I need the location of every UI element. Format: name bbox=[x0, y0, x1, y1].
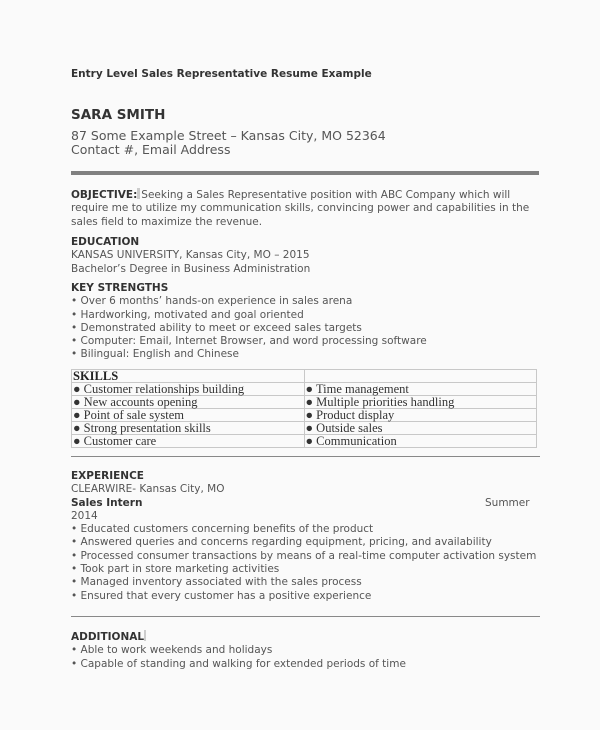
objective-label: OBJECTIVE: bbox=[71, 189, 137, 201]
table-row: ● New accounts opening ● Multiple priori… bbox=[72, 396, 537, 409]
table-cell: ● New accounts opening bbox=[72, 396, 305, 409]
table-row: ● Point of sale system ● Product display bbox=[72, 409, 537, 422]
section-divider bbox=[71, 616, 540, 617]
table-cell: ● Multiple priorities handling bbox=[304, 396, 537, 409]
education-school: KANSAS UNIVERSITY, Kansas City, MO – 201… bbox=[71, 249, 541, 262]
page-title: Entry Level Sales Representative Resume … bbox=[71, 68, 372, 80]
table-cell: ● Time management bbox=[304, 383, 537, 396]
table-cell: ● Point of sale system bbox=[72, 409, 305, 422]
table-cell: ● Outside sales bbox=[304, 422, 537, 435]
table-cell: ● Customer care bbox=[72, 435, 305, 448]
list-item: • Demonstrated ability to meet or exceed… bbox=[71, 322, 541, 335]
table-cell: ● Customer relationships building bbox=[72, 383, 305, 396]
table-row: SKILLS bbox=[72, 370, 537, 383]
list-item: • Processed consumer transactions by mea… bbox=[71, 550, 541, 563]
text-cursor bbox=[144, 630, 146, 641]
list-item: • Hardworking, motivated and goal orient… bbox=[71, 309, 541, 322]
key-strengths-heading: KEY STRENGTHS bbox=[71, 282, 541, 295]
list-item: • Computer: Email, Internet Browser, and… bbox=[71, 335, 541, 348]
list-item: • Took part in store marketing activitie… bbox=[71, 563, 541, 576]
list-item: • Educated customers concerning benefits… bbox=[71, 523, 541, 536]
candidate-name: SARA SMITH bbox=[71, 107, 165, 123]
education-section: EDUCATION KANSAS UNIVERSITY, Kansas City… bbox=[71, 236, 541, 276]
key-strengths-section: KEY STRENGTHS • Over 6 months’ hands-on … bbox=[71, 282, 541, 362]
list-item: • Managed inventory associated with the … bbox=[71, 576, 541, 589]
section-divider bbox=[71, 456, 540, 457]
additional-section: ADDITIONAL • Able to work weekends and h… bbox=[71, 630, 541, 671]
text-cursor-highlight bbox=[137, 188, 140, 199]
table-cell bbox=[304, 370, 537, 383]
skills-heading: SKILLS bbox=[72, 370, 305, 383]
contact-info: Contact #, Email Address bbox=[71, 143, 386, 157]
list-item: • Capable of standing and walking for ex… bbox=[71, 658, 541, 671]
table-row: ● Customer care ● Communication bbox=[72, 435, 537, 448]
list-item: • Over 6 months’ hands-on experience in … bbox=[71, 295, 541, 308]
experience-heading: EXPERIENCE bbox=[71, 470, 541, 483]
additional-heading: ADDITIONAL bbox=[71, 631, 144, 643]
list-item: • Able to work weekends and holidays bbox=[71, 644, 541, 657]
list-item: • Bilingual: English and Chinese bbox=[71, 348, 541, 361]
address: 87 Some Example Street – Kansas City, MO… bbox=[71, 129, 386, 143]
experience-role: Sales Intern bbox=[71, 497, 541, 510]
education-heading: EDUCATION bbox=[71, 236, 541, 249]
experience-year: 2014 bbox=[71, 510, 541, 523]
contact-block: 87 Some Example Street – Kansas City, MO… bbox=[71, 129, 386, 157]
list-item: • Ensured that every customer has a posi… bbox=[71, 590, 541, 603]
table-row: ● Strong presentation skills ● Outside s… bbox=[72, 422, 537, 435]
experience-section: EXPERIENCE CLEARWIRE- Kansas City, MO Sa… bbox=[71, 470, 541, 603]
skills-table: SKILLS ● Customer relationships building… bbox=[71, 369, 537, 448]
education-degree: Bachelor’s Degree in Business Administra… bbox=[71, 263, 541, 276]
table-row: ● Customer relationships building ● Time… bbox=[72, 383, 537, 396]
experience-season: Summer bbox=[485, 497, 530, 509]
header-divider bbox=[71, 171, 539, 175]
objective-section: OBJECTIVE:Seeking a Sales Representative… bbox=[71, 188, 541, 229]
experience-company: CLEARWIRE- Kansas City, MO bbox=[71, 483, 541, 496]
table-cell: ● Communication bbox=[304, 435, 537, 448]
table-cell: ● Strong presentation skills bbox=[72, 422, 305, 435]
list-item: • Answered queries and concerns regardin… bbox=[71, 536, 541, 549]
table-cell: ● Product display bbox=[304, 409, 537, 422]
